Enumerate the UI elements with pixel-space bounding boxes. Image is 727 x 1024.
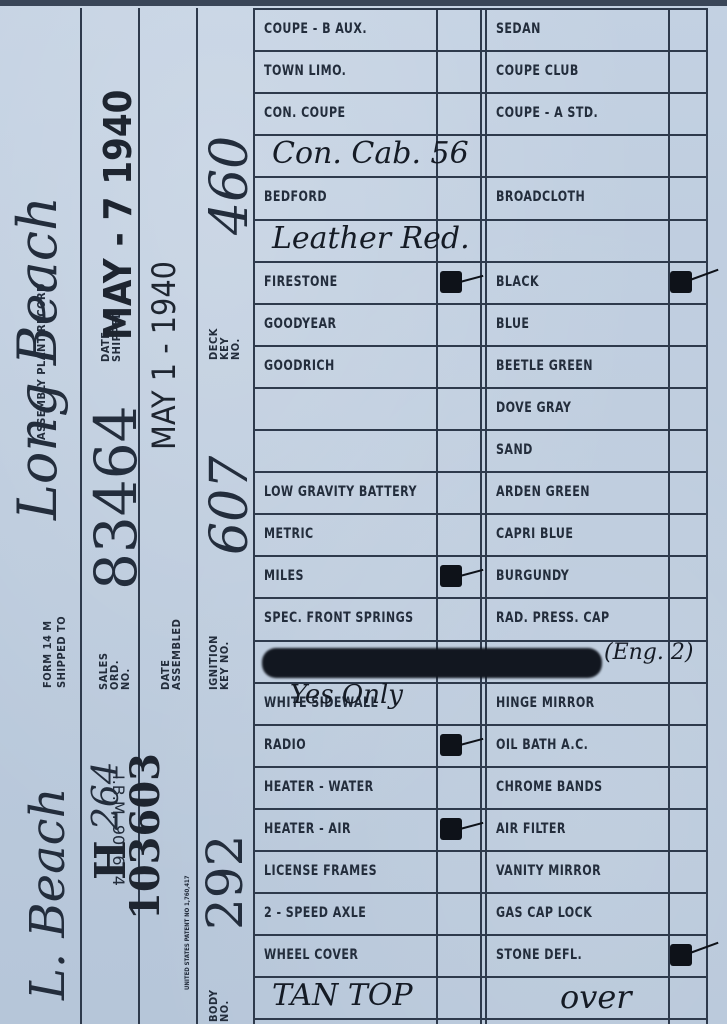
option-label-right: GAS CAP LOCK	[496, 905, 592, 921]
grid-row-rule	[253, 176, 708, 178]
serial-superscript: 264	[86, 761, 127, 830]
grid-row-rule	[253, 513, 708, 515]
option-label-right: VANITY MIRROR	[496, 863, 601, 879]
option-checkbox-left[interactable]	[438, 178, 480, 216]
option-label-right: COUPE - A STD.	[496, 105, 598, 121]
option-label-left: HEATER - WATER	[264, 779, 374, 795]
option-label-right: SEDAN	[496, 21, 541, 37]
grid-row-rule	[253, 303, 708, 305]
option-checkbox-right[interactable]	[670, 52, 706, 90]
option-checkbox-right[interactable]	[670, 178, 706, 216]
handwritten-entry: TAN TOP	[272, 978, 413, 1013]
option-checkbox-right[interactable]	[670, 810, 706, 848]
sales-ord-no-value: 83464	[82, 405, 150, 590]
grid-row-rule	[253, 92, 708, 94]
option-checkbox-right[interactable]	[670, 894, 706, 932]
grid-row-rule	[253, 597, 708, 599]
option-checkbox-right[interactable]	[670, 473, 706, 511]
option-checkbox-left[interactable]	[438, 599, 480, 637]
option-checkbox-left[interactable]	[438, 305, 480, 343]
form-label: FORM 14 M	[42, 620, 53, 688]
option-checkbox-left[interactable]	[438, 473, 480, 511]
check-mark-icon	[440, 565, 462, 587]
assembly-plant-record-card: COUPE - B AUX.SEDANTOWN LIMO.COUPE CLUBC…	[0, 0, 727, 1024]
ignition-key-no-label: IGNITION KEY NO.	[208, 640, 230, 690]
option-checkbox-right[interactable]	[670, 305, 706, 343]
option-label-left: LICENSE FRAMES	[264, 863, 377, 879]
option-label-right: BURGUNDY	[496, 568, 569, 584]
deck-key-no-value: 460	[200, 136, 260, 235]
option-checkbox-right[interactable]	[670, 347, 706, 385]
option-label-right: STONE DEFL.	[496, 947, 582, 963]
option-checkbox-left[interactable]	[438, 768, 480, 806]
date-assembled-label: DATE ASSEMBLED	[160, 630, 182, 690]
handwritten-overwrite: Yes Only	[290, 680, 403, 710]
option-label-left: FIRESTONE	[264, 274, 338, 290]
option-label-left: METRIC	[264, 526, 314, 542]
grid-rule-double-b	[485, 8, 487, 1024]
date-assembled-value: MAY 1 - 1940	[145, 261, 183, 450]
dealer-signature: L. Beach	[20, 788, 76, 1000]
check-mark-icon	[440, 271, 462, 293]
grid-row-rule	[253, 766, 708, 768]
option-checkbox-right[interactable]	[670, 10, 706, 48]
option-label-left: 2 - SPEED AXLE	[264, 905, 366, 921]
grid-row-rule	[253, 724, 708, 726]
grid-row-rule	[253, 808, 708, 810]
option-checkbox-right[interactable]	[670, 94, 706, 132]
option-checkbox-left[interactable]	[438, 94, 480, 132]
check-mark-icon	[440, 734, 462, 756]
date-shipped-value: MAY - 7 1940	[96, 90, 140, 340]
engine-note: (Eng. 2)	[604, 640, 693, 665]
option-label-right: BEETLE GREEN	[496, 358, 593, 374]
option-label-left: SPEC. FRONT SPRINGS	[264, 610, 414, 626]
grid-row-rule	[253, 345, 708, 347]
option-label-left: CON. COUPE	[264, 105, 346, 121]
handwritten-entry: Leather Red.	[272, 221, 470, 256]
grid-row-rule	[253, 850, 708, 852]
option-checkbox-left[interactable]	[438, 852, 480, 890]
option-label-right: ARDEN GREEN	[496, 484, 590, 500]
grid-row-rule	[253, 555, 708, 557]
option-checkbox-left[interactable]	[438, 431, 480, 469]
option-label-left: RADIO	[264, 737, 306, 753]
option-checkbox-right[interactable]	[670, 557, 706, 595]
option-checkbox-left[interactable]	[438, 52, 480, 90]
option-label-left: GOODRICH	[264, 358, 335, 374]
sales-ord-no-label: SALES ORD. NO.	[98, 650, 131, 690]
shipped-to-value: Long Beach	[6, 196, 69, 520]
body-no-label: BODY NO.	[208, 992, 230, 1022]
handwritten-entry: Con. Cab. 56	[272, 136, 469, 171]
check-mark-icon	[440, 818, 462, 840]
option-checkbox-right[interactable]	[670, 852, 706, 890]
option-checkbox-left[interactable]	[438, 347, 480, 385]
option-label-right: HINGE MIRROR	[496, 695, 595, 711]
grid-row-rule	[253, 934, 708, 936]
option-label-left: WHEEL COVER	[264, 947, 358, 963]
option-checkbox-right[interactable]	[670, 599, 706, 637]
grid-row-rule	[253, 1018, 708, 1020]
option-label-right: AIR FILTER	[496, 821, 566, 837]
option-label-right: SAND	[496, 442, 533, 458]
option-checkbox-right[interactable]	[670, 389, 706, 427]
option-label-right: BLACK	[496, 274, 539, 290]
option-checkbox-right[interactable]	[670, 684, 706, 722]
grid-row-rule	[253, 261, 708, 263]
option-checkbox-right[interactable]	[670, 768, 706, 806]
serial-number: 103603	[122, 753, 169, 920]
redacted-option-row	[262, 648, 602, 678]
option-label-right: OIL BATH A.C.	[496, 737, 588, 753]
option-label-left: TOWN LIMO.	[264, 63, 346, 79]
option-label-left: BEDFORD	[264, 189, 327, 205]
option-checkbox-left[interactable]	[438, 515, 480, 553]
option-label-left: HEATER - AIR	[264, 821, 351, 837]
option-label-left: GOODYEAR	[264, 316, 336, 332]
option-label-right: RAD. PRESS. CAP	[496, 610, 610, 626]
shipped-to-label: SHIPPED TO	[56, 616, 67, 688]
option-checkbox-right[interactable]	[670, 431, 706, 469]
handwritten-entry-right: over	[560, 978, 632, 1016]
option-checkbox-left[interactable]	[438, 936, 480, 974]
option-label-left: COUPE - B AUX.	[264, 21, 367, 37]
grid-rule-double-a	[480, 8, 482, 1024]
option-label-right: DOVE GRAY	[496, 400, 571, 416]
grid-row-rule	[253, 429, 708, 431]
option-label-left: MILES	[264, 568, 304, 584]
option-label-left: LOW GRAVITY BATTERY	[264, 484, 417, 500]
option-checkbox-left[interactable]	[438, 684, 480, 722]
grid-row-rule	[253, 50, 708, 52]
option-label-right: CHROME BANDS	[496, 779, 603, 795]
grid-rule-right	[706, 8, 708, 1024]
option-checkbox-right[interactable]	[670, 515, 706, 553]
option-label-right: COUPE CLUB	[496, 63, 579, 79]
option-label-right: BLUE	[496, 316, 529, 332]
grid-row-rule	[253, 471, 708, 473]
ignition-key-no-value: 607	[200, 456, 260, 555]
deck-key-no-label: DECK KEY NO.	[208, 320, 241, 360]
body-no-value: 292	[196, 835, 254, 930]
option-label-right: BROADCLOTH	[496, 189, 585, 205]
grid-row-rule	[253, 387, 708, 389]
check-mark-icon	[670, 271, 692, 293]
patent-text: UNITED STATES PATENT NO 1,760,417	[184, 875, 191, 990]
option-checkbox-left[interactable]	[438, 389, 480, 427]
grid-row-rule	[253, 8, 708, 10]
option-checkbox-left[interactable]	[438, 10, 480, 48]
option-checkbox-right[interactable]	[670, 726, 706, 764]
check-mark-icon	[670, 944, 692, 966]
option-label-right: CAPRI BLUE	[496, 526, 573, 542]
option-checkbox-left[interactable]	[438, 894, 480, 932]
grid-row-rule	[253, 892, 708, 894]
card-top-edge	[0, 0, 727, 6]
